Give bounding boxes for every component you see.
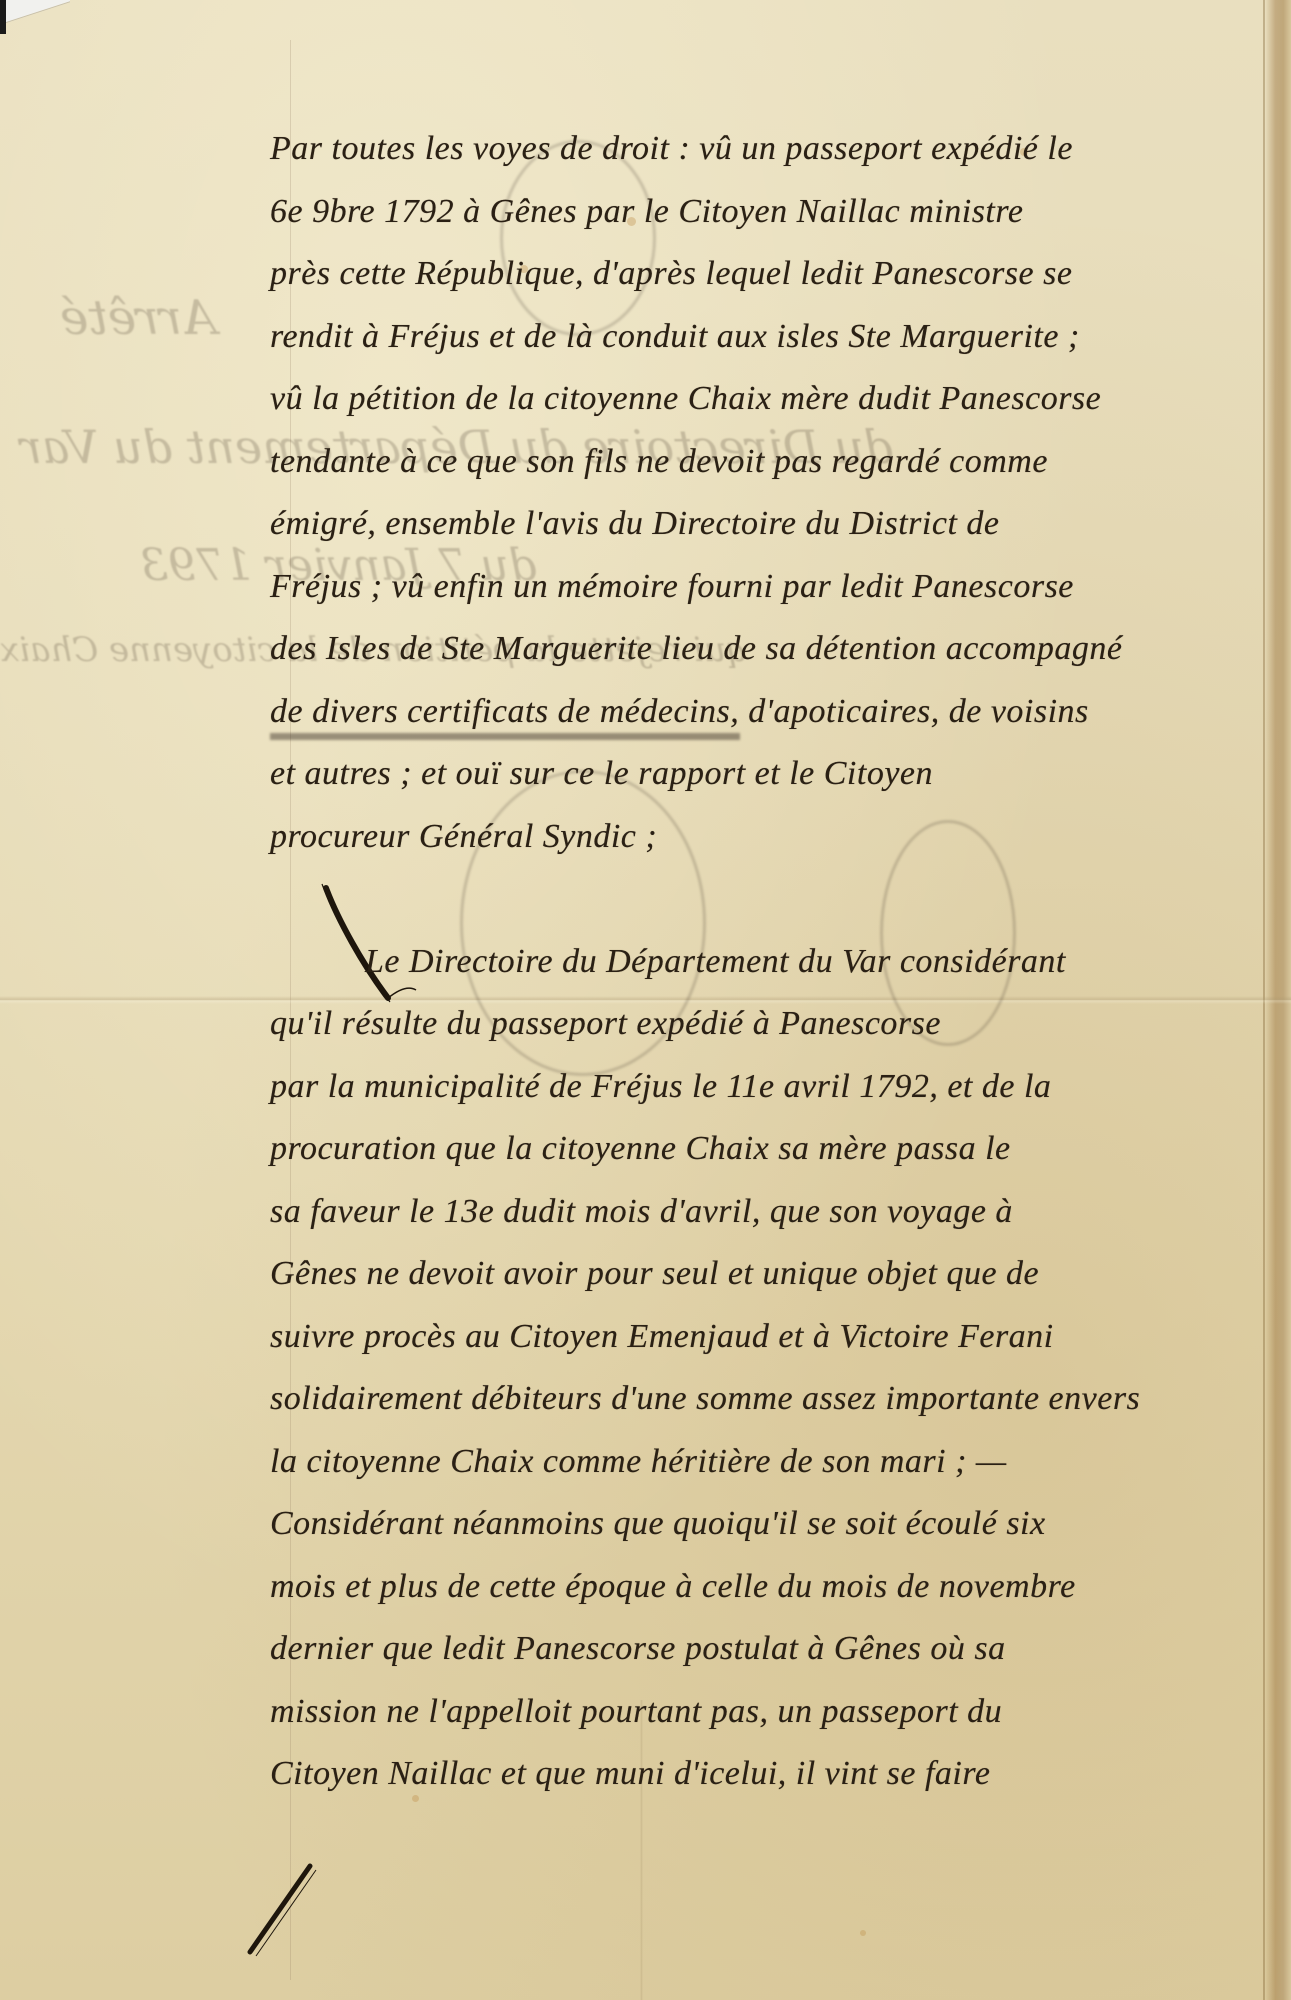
bleed-through-text: Arrêté	[60, 290, 217, 346]
manuscript-line-11: et autres ; et ouï sur ce le rapport et …	[270, 743, 1230, 806]
manuscript-line-24: mois et plus de cette époque à celle du …	[270, 1556, 1230, 1619]
manuscript-line-3: près cette République, d'après lequel le…	[270, 243, 1230, 306]
manuscript-line-10: de divers certificats de médecins, d'apo…	[270, 681, 1230, 744]
manuscript-line-21: solidairement débiteurs d'une somme asse…	[270, 1368, 1230, 1431]
paragraph-gap	[270, 868, 1230, 931]
manuscript-line-18: sa faveur le 13e dudit mois d'avril, que…	[270, 1181, 1230, 1244]
manuscript-line-12: procureur Général Syndic ;	[270, 806, 1230, 869]
manuscript-line-1: Par toutes les voyes de droit : vû un pa…	[270, 118, 1230, 181]
manuscript-line-6: tendante à ce que son fils ne devoit pas…	[270, 431, 1230, 494]
manuscript-line-7: émigré, ensemble l'avis du Directoire du…	[270, 493, 1230, 556]
manuscript-line-26: mission ne l'appelloit pourtant pas, un …	[270, 1681, 1230, 1744]
manuscript-line-27: Citoyen Naillac et que muni d'icelui, il…	[270, 1743, 1230, 1806]
manuscript-line-17: procuration que la citoyenne Chaix sa mè…	[270, 1118, 1230, 1181]
manuscript-line-19: Gênes ne devoit avoir pour seul et uniqu…	[270, 1243, 1230, 1306]
manuscript-line-20: suivre procès au Citoyen Emenjaud et à V…	[270, 1306, 1230, 1369]
manuscript-line-22: la citoyenne Chaix comme héritière de so…	[270, 1431, 1230, 1494]
manuscript-line-23: Considérant néanmoins que quoiqu'il se s…	[270, 1493, 1230, 1556]
manuscript-line-15: qu'il résulte du passeport expédié à Pan…	[270, 993, 1230, 1056]
scan-edge	[0, 0, 6, 34]
manuscript-line-16: par la municipalité de Fréjus le 11e avr…	[270, 1056, 1230, 1119]
manuscript-line-8: Fréjus ; vû enfin un mémoire fourni par …	[270, 556, 1230, 619]
manuscript-line-5: vû la pétition de la citoyenne Chaix mèr…	[270, 368, 1230, 431]
manuscript-body: Par toutes les voyes de droit : vû un pa…	[270, 118, 1230, 1806]
manuscript-line-14: Le Directoire du Département du Var cons…	[270, 931, 1230, 994]
manuscript-line-9: des Isles de Ste Marguerite lieu de sa d…	[270, 618, 1230, 681]
manuscript-page: Arrêté du Directoire du Département du V…	[0, 0, 1291, 2000]
torn-corner	[0, 0, 70, 25]
closing-flourish	[240, 1860, 320, 1960]
manuscript-line-25: dernier que ledit Panescorse postulat à …	[270, 1618, 1230, 1681]
manuscript-line-2: 6e 9bre 1792 à Gênes par le Citoyen Nail…	[270, 181, 1230, 244]
foxing-stain	[860, 1930, 866, 1936]
manuscript-line-4: rendit à Fréjus et de là conduit aux isl…	[270, 306, 1230, 369]
